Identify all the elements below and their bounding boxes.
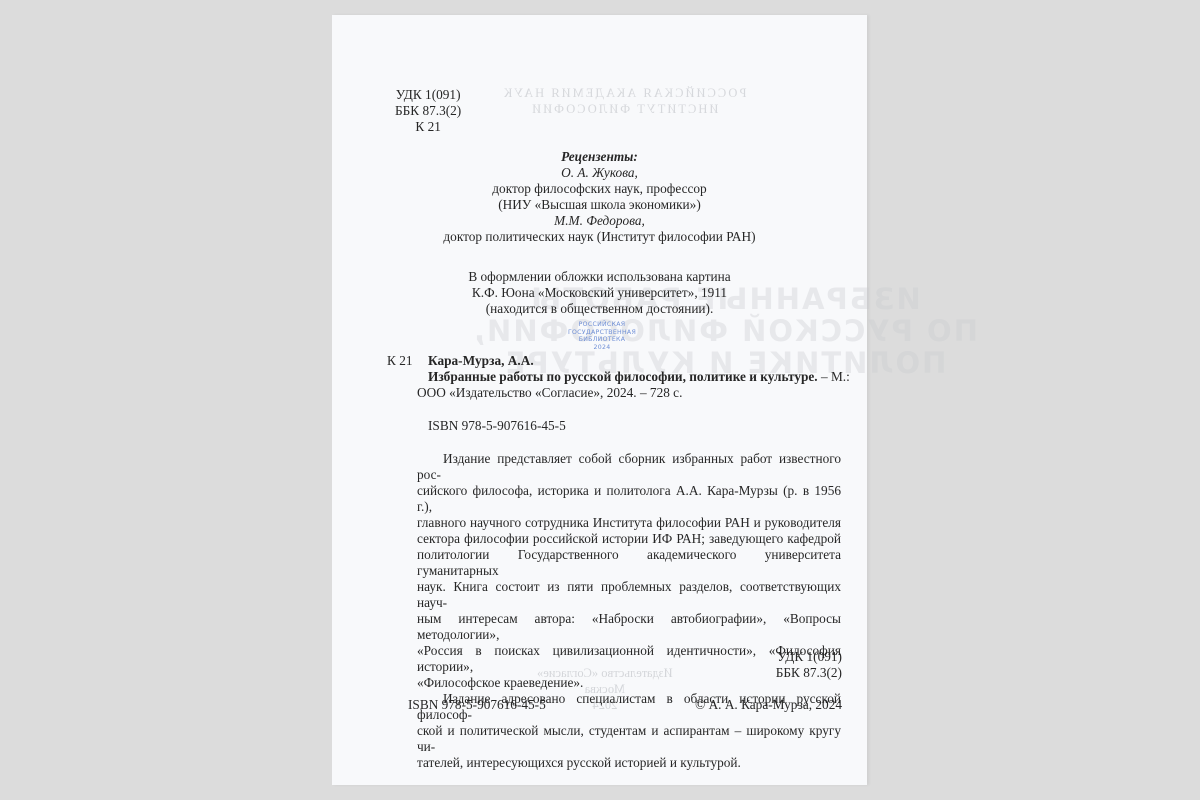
footer-classification: УДК 1(091) ББК 87.3(2) <box>776 649 842 681</box>
reviewer-name: О. А. Жукова, <box>332 165 867 181</box>
reviewer-credential: доктор философских наук, профессор <box>332 181 867 197</box>
footer-bbk: ББК 87.3(2) <box>776 665 842 681</box>
reviewers-block: Рецензенты: О. А. Жукова, доктор философ… <box>332 149 867 245</box>
bleed-through-line: ПО РУССКОЙ ФИЛОСОФИИ, <box>472 315 978 347</box>
cover-note-line: В оформлении обложки использована картин… <box>332 269 867 285</box>
reviewer-affiliation: (НИУ «Высшая школа экономики») <box>332 197 867 213</box>
annotation-line: Издание представляет собой сборник избра… <box>417 451 841 483</box>
reviewers-label: Рецензенты: <box>332 149 867 165</box>
library-stamp: РОССИЙСКАЯ ГОСУДАРСТВЕННАЯ БИБЛИОТЕКА 20… <box>552 321 652 351</box>
book-page: РОССИЙСКАЯ АКАДЕМИЯ НАУК ИНСТИТУТ ФИЛОСО… <box>332 15 867 785</box>
reviewer-name: М.М. Федорова, <box>332 213 867 229</box>
footer-isbn: ISBN 978-5-907616-45-5 <box>408 697 546 713</box>
udk-code: УДК 1(091) <box>395 87 461 103</box>
bleed-through-line: ИНСТИТУТ ФИЛОСОФИИ <box>502 101 746 117</box>
copyright: © А. А. Кара-Мурза, 2024 <box>695 697 842 713</box>
catalog-title-line: Избранные работы по русской философии, п… <box>428 369 850 385</box>
catalog-title: Избранные работы по русской философии, п… <box>428 369 818 384</box>
stamp-line: БИБЛИОТЕКА <box>552 336 652 344</box>
annotation-line: тателей, интересующихся русской историей… <box>417 755 841 771</box>
annotation-line: ской и политической мысли, студентам и а… <box>417 723 841 755</box>
catalog-code: К 21 <box>387 353 413 369</box>
annotation-line: главного научного сотрудника Института ф… <box>417 515 841 531</box>
catalog-publisher: ООО «Издательство «Согласие», 2024. – 72… <box>417 385 682 401</box>
annotation-line: ным интересам автора: «Наброски автобиог… <box>417 611 841 643</box>
stamp-line: 2024 <box>552 344 652 352</box>
classification-block: УДК 1(091) ББК 87.3(2) К 21 <box>395 87 461 135</box>
bbk-code: ББК 87.3(2) <box>395 103 461 119</box>
catalog-place: – М.: <box>818 369 850 384</box>
footer-udk: УДК 1(091) <box>776 649 842 665</box>
annotation-line: наук. Книга состоит из пяти проблемных р… <box>417 579 841 611</box>
cover-note: В оформлении обложки использована картин… <box>332 269 867 317</box>
catalog-author: Кара-Мурза, А.А. <box>428 353 534 369</box>
cover-note-line: К.Ф. Юона «Московский университет», 1911 <box>332 285 867 301</box>
bleed-through-top: РОССИЙСКАЯ АКАДЕМИЯ НАУК ИНСТИТУТ ФИЛОСО… <box>502 85 746 117</box>
catalog-isbn: ISBN 978-5-907616-45-5 <box>428 418 566 434</box>
bleed-through-line: РОССИЙСКАЯ АКАДЕМИЯ НАУК <box>502 85 746 101</box>
stamp-line: РОССИЙСКАЯ <box>552 321 652 329</box>
reviewer-credential: доктор политических наук (Институт филос… <box>332 229 867 245</box>
annotation: Издание представляет собой сборник избра… <box>417 451 841 771</box>
annotation-line: политологии Государственного академическ… <box>417 547 841 579</box>
stamp-line: ГОСУДАРСТВЕННАЯ <box>552 329 652 337</box>
annotation-line: сектора философии российской истории ИФ … <box>417 531 841 547</box>
cover-note-line: (находится в общественном достоянии). <box>332 301 867 317</box>
annotation-line: сийского философа, историка и политолога… <box>417 483 841 515</box>
author-mark: К 21 <box>395 119 461 135</box>
